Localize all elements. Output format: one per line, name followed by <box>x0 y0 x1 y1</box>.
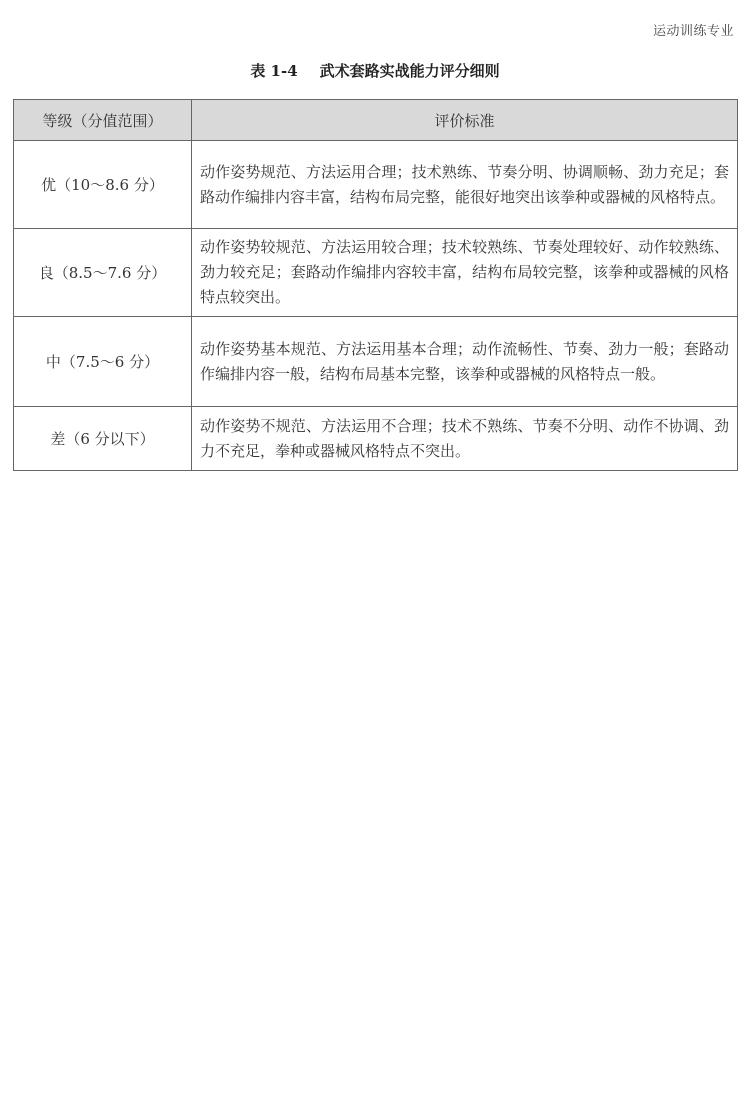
criteria-cell: 动作姿势不规范、方法运用不合理；技术不熟练、节奏不分明、动作不协调、劲力不充足，… <box>192 407 738 471</box>
header-criteria: 评价标准 <box>192 100 738 141</box>
criteria-cell: 动作姿势规范、方法运用合理；技术熟练、节奏分明、协调顺畅、劲力充足；套路动作编排… <box>192 141 738 229</box>
table-row: 中（7.5～6 分） 动作姿势基本规范、方法运用基本合理；动作流畅性、节奏、劲力… <box>14 317 738 407</box>
grade-cell: 差（6 分以下） <box>14 407 192 471</box>
grade-cell: 良（8.5～7.6 分） <box>14 229 192 317</box>
table-row: 良（8.5～7.6 分） 动作姿势较规范、方法运用较合理；技术较熟练、节奏处理较… <box>14 229 738 317</box>
running-header: 运动训练专业 <box>653 20 734 39</box>
scoring-rubric-table: 等级（分值范围） 评价标准 优（10～8.6 分） 动作姿势规范、方法运用合理；… <box>13 99 738 471</box>
table-caption-number: 表 1-4 <box>250 62 297 80</box>
table-header-row: 等级（分值范围） 评价标准 <box>14 100 738 141</box>
grade-cell: 优（10～8.6 分） <box>14 141 192 229</box>
table-caption: 表 1-4武术套路实战能力评分细则 <box>0 60 750 81</box>
criteria-cell: 动作姿势基本规范、方法运用基本合理；动作流畅性、节奏、劲力一般；套路动作编排内容… <box>192 317 738 407</box>
criteria-cell: 动作姿势较规范、方法运用较合理；技术较熟练、节奏处理较好、动作较熟练、劲力较充足… <box>192 229 738 317</box>
grade-cell: 中（7.5～6 分） <box>14 317 192 407</box>
table-caption-title: 武术套路实战能力评分细则 <box>320 62 500 80</box>
table-row: 优（10～8.6 分） 动作姿势规范、方法运用合理；技术熟练、节奏分明、协调顺畅… <box>14 141 738 229</box>
header-grade: 等级（分值范围） <box>14 100 192 141</box>
table-row: 差（6 分以下） 动作姿势不规范、方法运用不合理；技术不熟练、节奏不分明、动作不… <box>14 407 738 471</box>
